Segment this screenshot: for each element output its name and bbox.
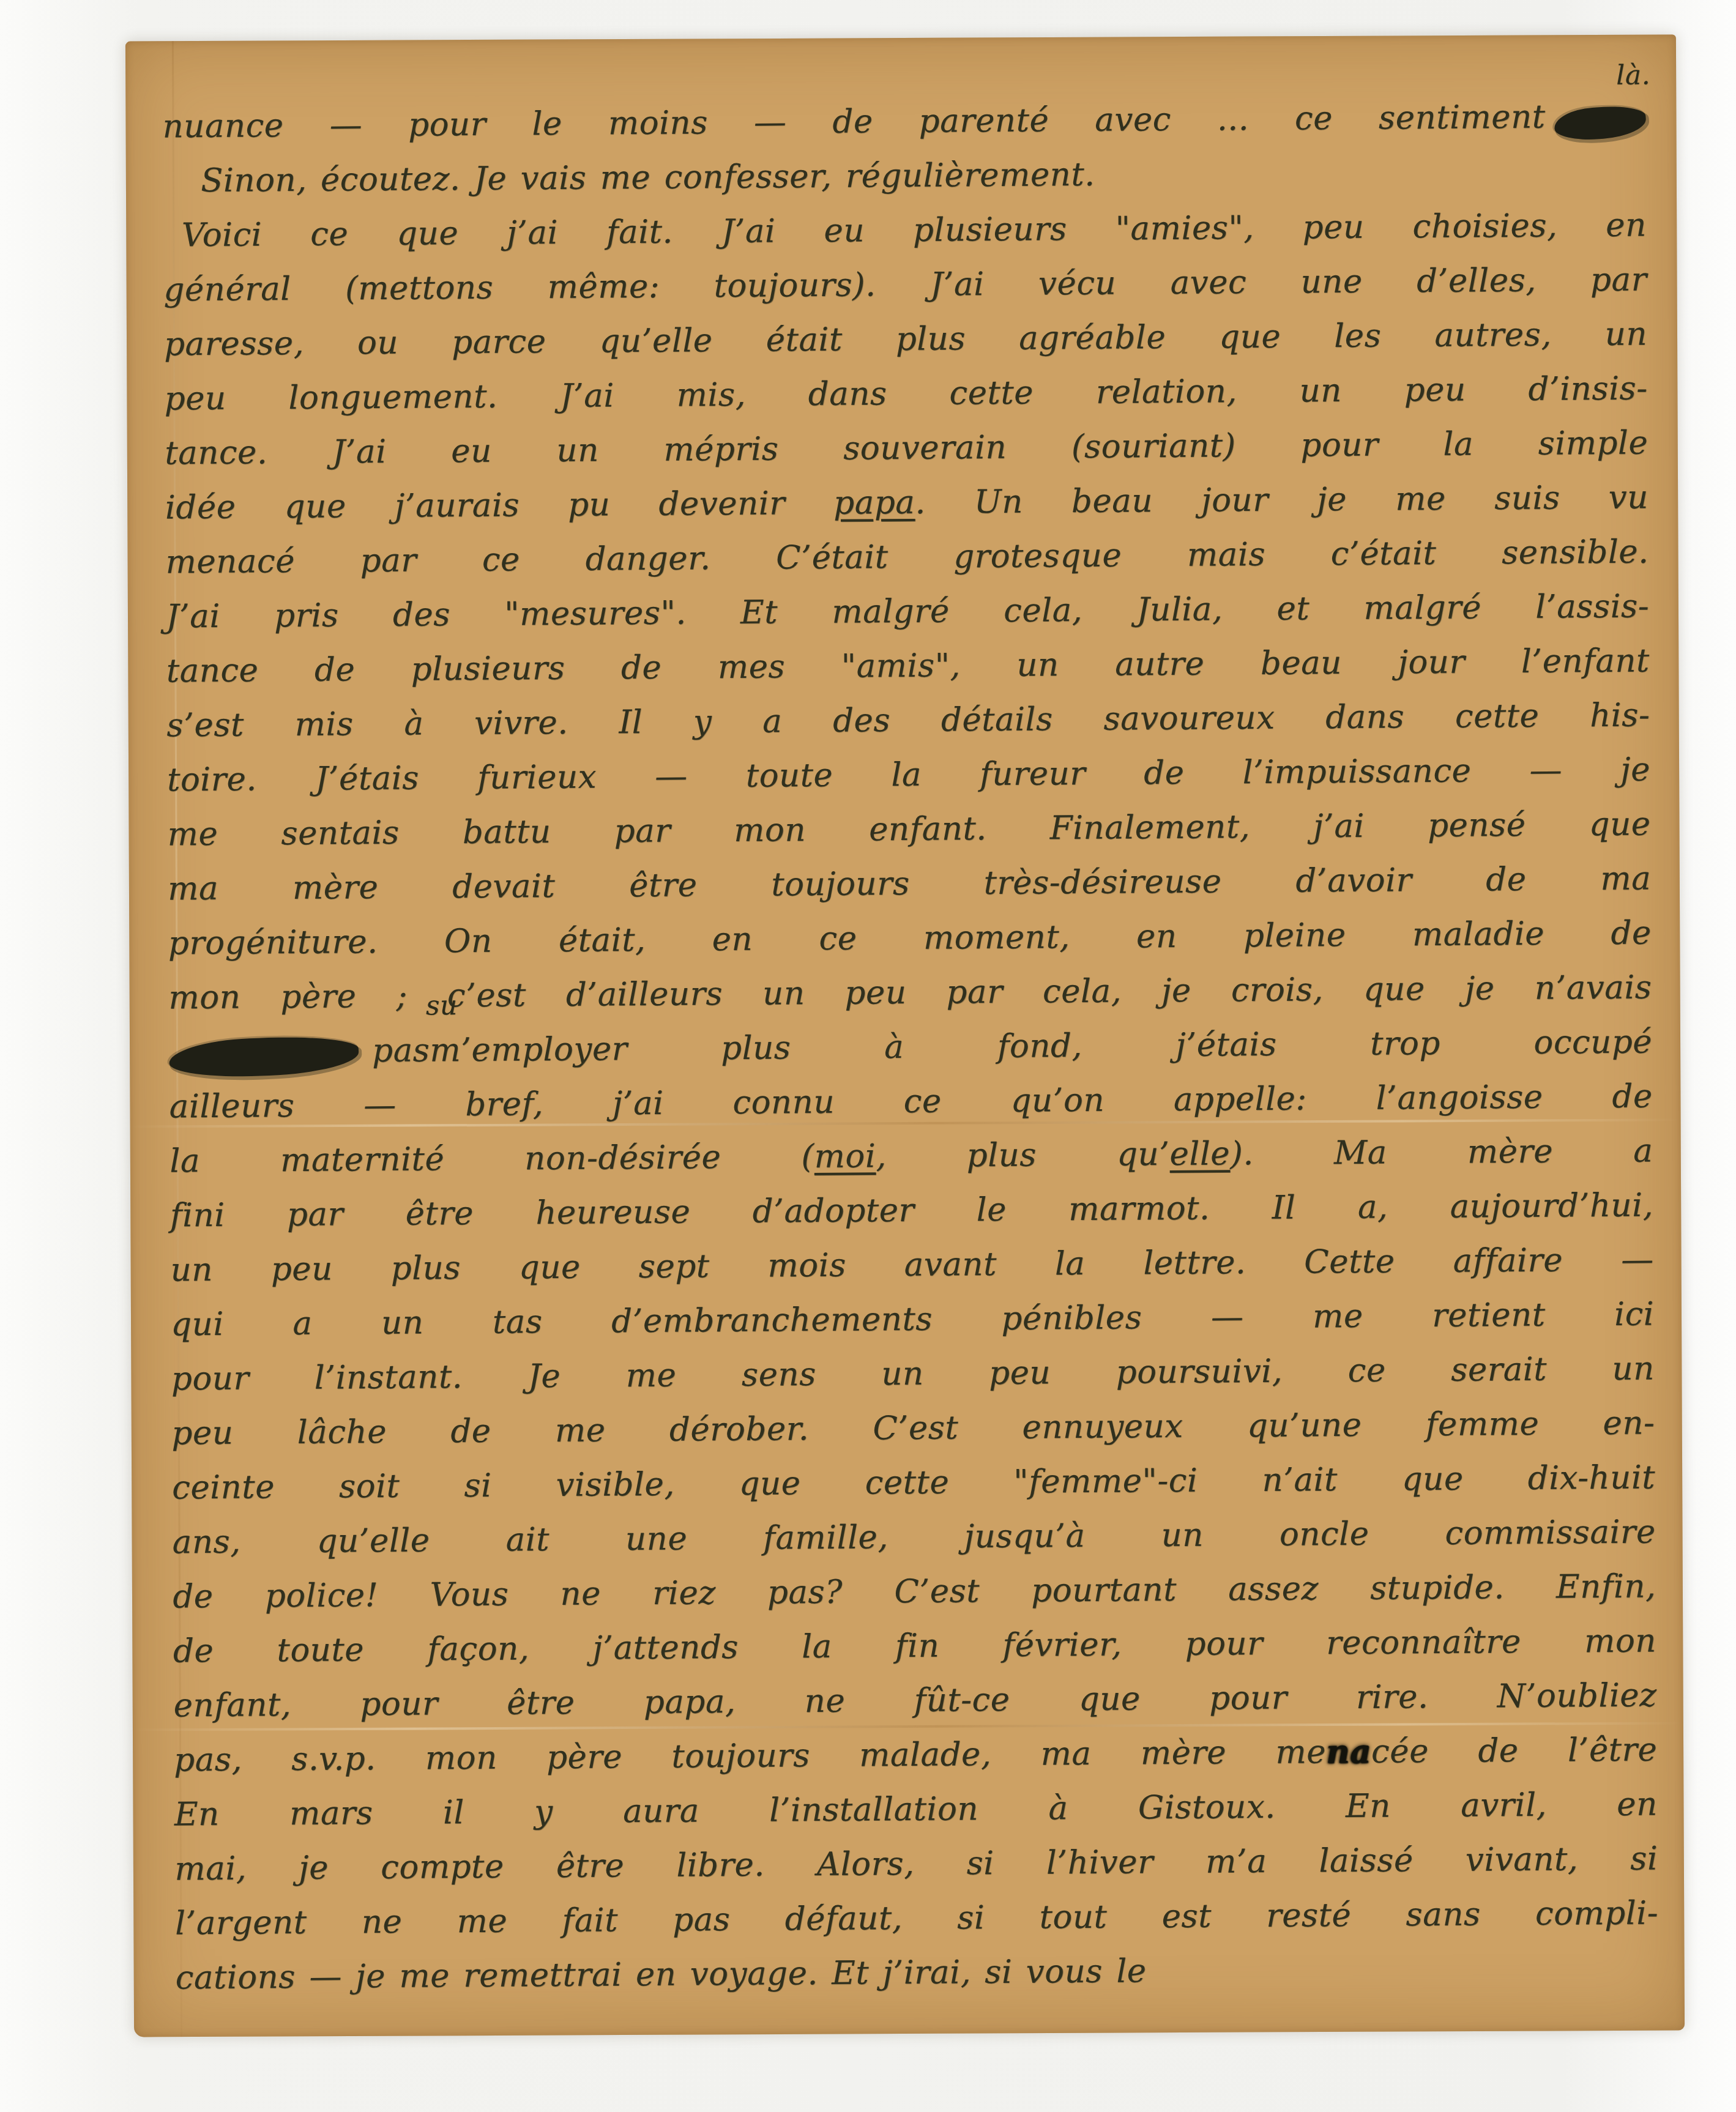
line-text: m’employer plus à fond, j’étais trop occ… — [430, 1024, 1652, 1069]
handwritten-line-14: me sentais battu par mon enfant. Finalem… — [167, 797, 1651, 862]
handwritten-line-12: s’est mis à vivre. Il y a des détails sa… — [166, 688, 1650, 753]
handwritten-line-35: cations — je me remettrai en voyage. Et … — [175, 1940, 1659, 2005]
ink-scribble-strikeout — [1553, 103, 1647, 142]
handwritten-line-31: pas, s.v.p. mon père toujours malade, ma… — [174, 1722, 1658, 1787]
handwritten-line-33: mai, je compte être libre. Alors, si l’h… — [174, 1831, 1658, 1896]
handwritten-line-23: qui a un tas d’embranchements pénibles —… — [171, 1287, 1655, 1352]
handwritten-line-10: J’ai pris des "mesures". Et malgré cela,… — [166, 579, 1650, 644]
handwritten-line-05: paresse, ou parce qu’elle était plus agr… — [164, 307, 1648, 372]
handwritten-text-block: nuance — pour le moins — de parenté avec… — [162, 89, 1659, 2006]
line-text: . Un beau jour je me suis vu — [915, 479, 1648, 521]
handwritten-line-34: l’argent ne me fait pas défaut, si tout … — [175, 1886, 1659, 1950]
line-text: ). Ma mère a — [1230, 1132, 1653, 1172]
underlined-word-papa: papa — [833, 484, 915, 522]
ink-scribble-strikeout — [168, 1033, 359, 1079]
handwritten-line-19: ailleurs — bref, j’ai connu ce qu’on app… — [169, 1069, 1653, 1134]
correction-wrap: là. — [1545, 89, 1646, 144]
handwritten-line-02: Sinon, écoutez. Je vais me confesser, ré… — [163, 144, 1647, 209]
scanned-letter-page: nuance — pour le moins — de parenté avec… — [0, 0, 1736, 2112]
handwritten-line-30: enfant, pour être papa, ne fût-ce que po… — [173, 1668, 1657, 1733]
inserted-word-above: su — [426, 992, 458, 1019]
handwritten-line-26: ceinte soit si visible, que cette "femme… — [172, 1450, 1656, 1515]
handwritten-line-08: idée que j’aurais pu devenir papa. Un be… — [165, 470, 1649, 535]
line-text: , plus qu’ — [876, 1136, 1170, 1175]
handwritten-line-17: mon père ; c’est d’ailleurs un peu par c… — [168, 961, 1652, 1025]
handwritten-line-09: menacé par ce danger. C’était grotesque … — [165, 525, 1649, 590]
handwritten-line-21: fini par être heureuse d’adopter le marm… — [170, 1178, 1654, 1243]
underlined-word-moi: moi — [814, 1137, 876, 1175]
inserted-word-above: là. — [1616, 62, 1650, 89]
line-text: nuance — pour le moins — de parenté avec… — [162, 99, 1545, 146]
line-text: la maternité non-désirée ( — [170, 1138, 814, 1180]
underlined-word-elle: elle — [1169, 1135, 1230, 1173]
handwritten-line-18: pas sum’employer plus à fond, j’étais tr… — [169, 1015, 1653, 1080]
correction-wrap: pas su — [372, 1023, 430, 1078]
handwritten-line-24: pour l’instant. Je me sens un peu poursu… — [171, 1341, 1655, 1406]
handwritten-line-06: peu longuement. J’ai mis, dans cette rel… — [164, 362, 1648, 426]
handwritten-line-13: toire. J’étais furieux — toute la fureur… — [167, 743, 1651, 808]
handwritten-line-01: nuance — pour le moins — de parenté avec… — [162, 89, 1646, 154]
handwritten-line-32: En mars il y aura l’installation à Gisto… — [174, 1777, 1658, 1842]
line-text: pas — [372, 1032, 430, 1069]
handwritten-line-27: ans, qu’elle ait une famille, jusqu’à un… — [172, 1504, 1656, 1569]
handwritten-line-20: la maternité non-désirée (moi, plus qu’e… — [170, 1123, 1653, 1188]
handwritten-line-22: un peu plus que sept mois avant la lettr… — [170, 1232, 1654, 1297]
handwritten-line-07: tance. J’ai eu un mépris souverain (sour… — [165, 416, 1648, 481]
handwritten-line-25: peu lâche de me dérober. C’est ennuyeux … — [171, 1396, 1655, 1460]
handwritten-line-15: ma mère devait être toujours très-désire… — [168, 852, 1652, 917]
ink-blot-overwrite: na — [1326, 1733, 1371, 1771]
line-text: idée que j’aurais pu devenir — [165, 485, 834, 527]
handwritten-line-16: progéniture. On était, en ce moment, en … — [168, 906, 1652, 971]
handwritten-line-28: de police! Vous ne riez pas? C’est pourt… — [173, 1559, 1656, 1624]
handwritten-line-03: Voici ce que j’ai fait. J’ai eu plusieur… — [163, 198, 1647, 263]
handwritten-line-04: général (mettons même: toujours). J’ai v… — [163, 253, 1647, 318]
handwritten-line-29: de toute façon, j’attends la fin février… — [173, 1613, 1657, 1678]
handwritten-line-11: tance de plusieurs de mes "amis", un aut… — [166, 634, 1650, 699]
line-text: pas, s.v.p. mon père toujours malade, ma… — [174, 1733, 1326, 1779]
line-text: cée de l’être — [1371, 1731, 1658, 1770]
letter-paper: nuance — pour le moins — de parenté avec… — [125, 34, 1685, 2037]
